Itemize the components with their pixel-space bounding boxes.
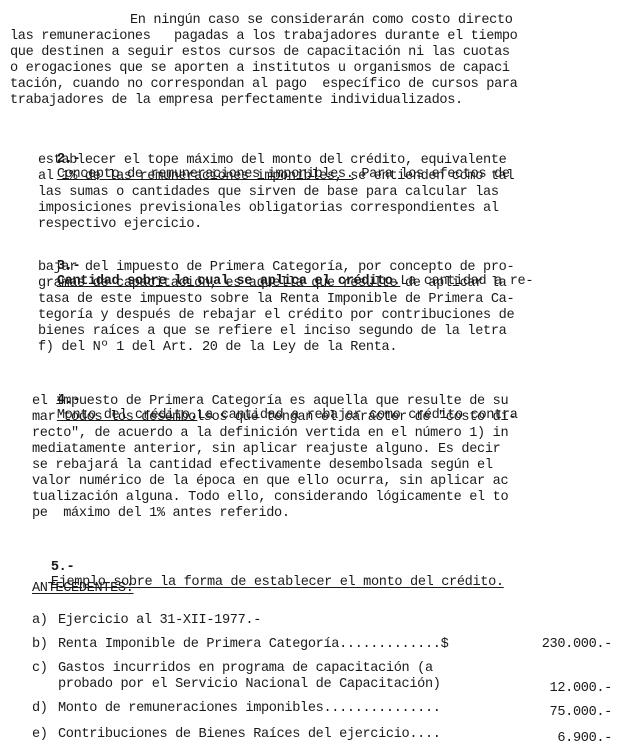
section-line: gramas de capacitación, es aquella que r… <box>38 276 506 291</box>
section-line: mediatamente anterior, sin aplicar reaju… <box>32 442 500 457</box>
section-line: mar todos los desembolsos que tengan el … <box>32 410 516 425</box>
section-line: respectivo ejercicio. <box>38 217 202 232</box>
section-heading-line: 5.- Ejemplo sobre la forma de establecer… <box>4 545 504 605</box>
intro-line: o erogaciones que se aporten a instituto… <box>10 61 510 76</box>
item-text: Monto de remuneraciones imponibles......… <box>58 701 441 716</box>
item-amount: 12.000.- <box>550 681 612 696</box>
section-line: tasa de este impuesto sobre la Renta Imp… <box>38 292 514 307</box>
item-amount: 75.000.- <box>550 705 612 720</box>
section-line: establecer el tope máximo del monto del … <box>38 153 506 168</box>
item-text: Gastos incurridos en programa de capacit… <box>58 661 433 676</box>
section-line: bienes raíces a que se refiere el inciso… <box>38 324 506 339</box>
section-line: recto", de acuerdo a la definición verti… <box>32 426 508 441</box>
item-text: Ejercicio al 31-XII-1977.- <box>58 613 261 628</box>
item-text: Renta Imponible de Primera Categoría....… <box>58 637 448 652</box>
intro-line: las remuneraciones pagadas a los trabaja… <box>10 29 518 44</box>
item-amount: 230.000.- <box>542 637 612 652</box>
item-text-continued: probado por el Servicio Nacional de Capa… <box>58 677 441 692</box>
document-page: En ningún caso se considerarán como cost… <box>0 0 630 754</box>
section-line: f) del Nº 1 del Art. 20 de la Ley de la … <box>38 340 397 355</box>
intro-line: que destinen a seguir estos cursos de ca… <box>10 45 510 60</box>
section-line: se rebajará la cantidad efectivamente de… <box>32 458 493 473</box>
item-text: Contribuciones de Bienes Raíces del ejer… <box>58 727 441 742</box>
section-line: el impuesto de Primera Categoría es aque… <box>32 394 508 409</box>
section-line: tegoría y después de rebajar el crédito … <box>38 308 514 323</box>
item-label: b) <box>32 637 48 652</box>
intro-line: En ningún caso se considerarán como cost… <box>130 13 513 28</box>
intro-line: tación, cuando no correspondan al pago e… <box>10 77 518 92</box>
item-label: e) <box>32 727 48 742</box>
antecedentes-heading: ANTECEDENTES: <box>32 581 134 596</box>
section-line: bajar del impuesto de Primera Categoría,… <box>38 260 514 275</box>
section-number: 5.- <box>51 560 74 575</box>
item-label: a) <box>32 613 48 628</box>
item-label: c) <box>32 661 48 676</box>
intro-line: trabajadores de la empresa perfectamente… <box>10 93 463 108</box>
section-line: pe máximo del 1% antes referido. <box>32 506 290 521</box>
section-line: al 1% de las remuneraciones imponibles, … <box>38 169 514 184</box>
item-amount: 6.900.- <box>557 731 612 746</box>
section-line: las sumas o cantidades que sirven de bas… <box>38 185 499 200</box>
item-label: d) <box>32 701 48 716</box>
section-line: imposiciones previsionales obligatorias … <box>38 201 499 216</box>
section-line: tualización alguna. Todo ello, considera… <box>32 490 508 505</box>
section-line: valor numérico de la época en que ello o… <box>32 474 508 489</box>
